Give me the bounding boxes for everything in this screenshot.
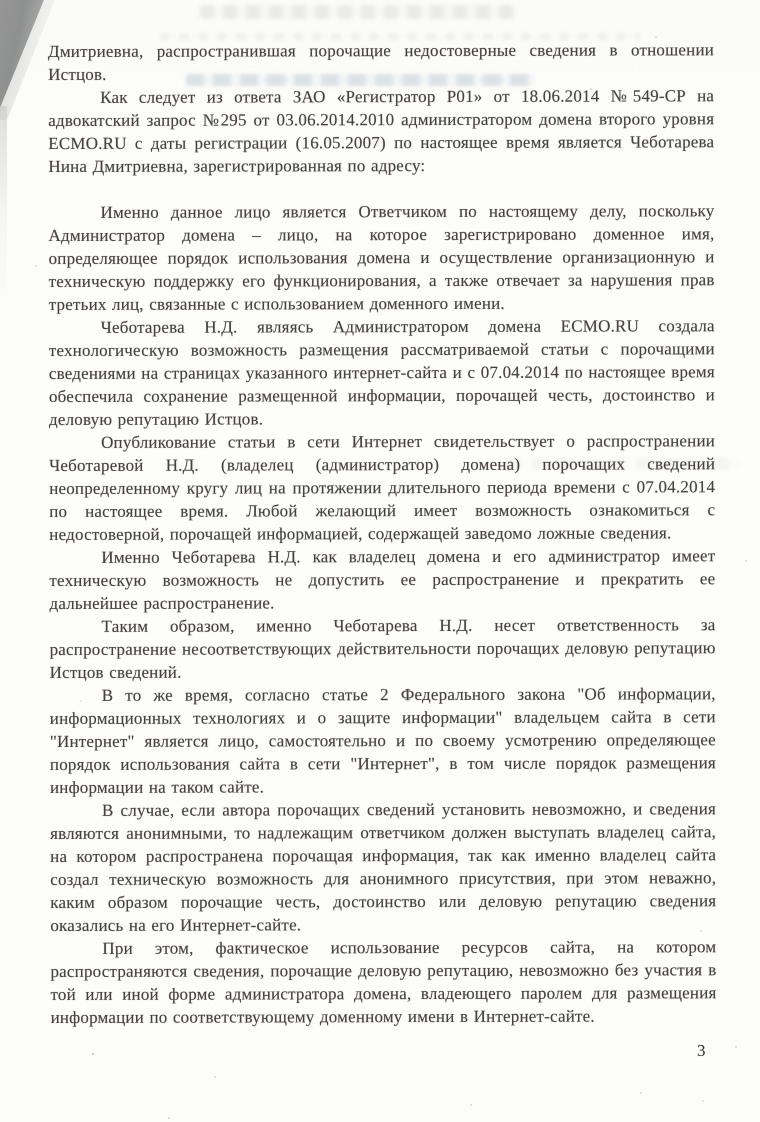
- paragraph-domain-admin-created: Чеботарева Н.Д. являясь Администратором …: [49, 314, 715, 431]
- page-number: 3: [697, 1040, 706, 1062]
- redacted-address-gap: [48, 176, 714, 201]
- paragraph-anonymous-author: В случае, если автора порочащих сведений…: [50, 797, 716, 937]
- paragraph-responsibility: Таким образом, именно Чеботарева Н.Д. не…: [50, 613, 716, 684]
- bleedthrough-smudge-top: [200, 5, 515, 19]
- paragraph-site-resources-usage: При этом, фактическое использование ресу…: [50, 935, 716, 1029]
- paragraph-federal-law: В то же время, согласно статье 2 Федерал…: [50, 682, 716, 799]
- paragraph-registrar-answer: Как следует из ответа ЗАО «Регистратор Р…: [48, 84, 714, 178]
- document-text-block: Дмитриевна, распространившая порочащие н…: [48, 38, 717, 1029]
- scanned-document-page: Дмитриевна, распространившая порочащие н…: [0, 0, 760, 1122]
- paragraph-technical-ability: Именно Чеботарева Н.Д. как владелец доме…: [49, 544, 715, 615]
- paragraph-continuation: Дмитриевна, распространившая порочащие н…: [48, 38, 714, 86]
- scan-speckles: [0, 0, 2, 2]
- paragraph-defendant-definition: Именно данное лицо является Ответчиком п…: [48, 199, 714, 316]
- paragraph-publication-internet: Опубликование статьи в сети Интернет сви…: [49, 429, 715, 546]
- scan-left-edge-fade: [0, 106, 7, 316]
